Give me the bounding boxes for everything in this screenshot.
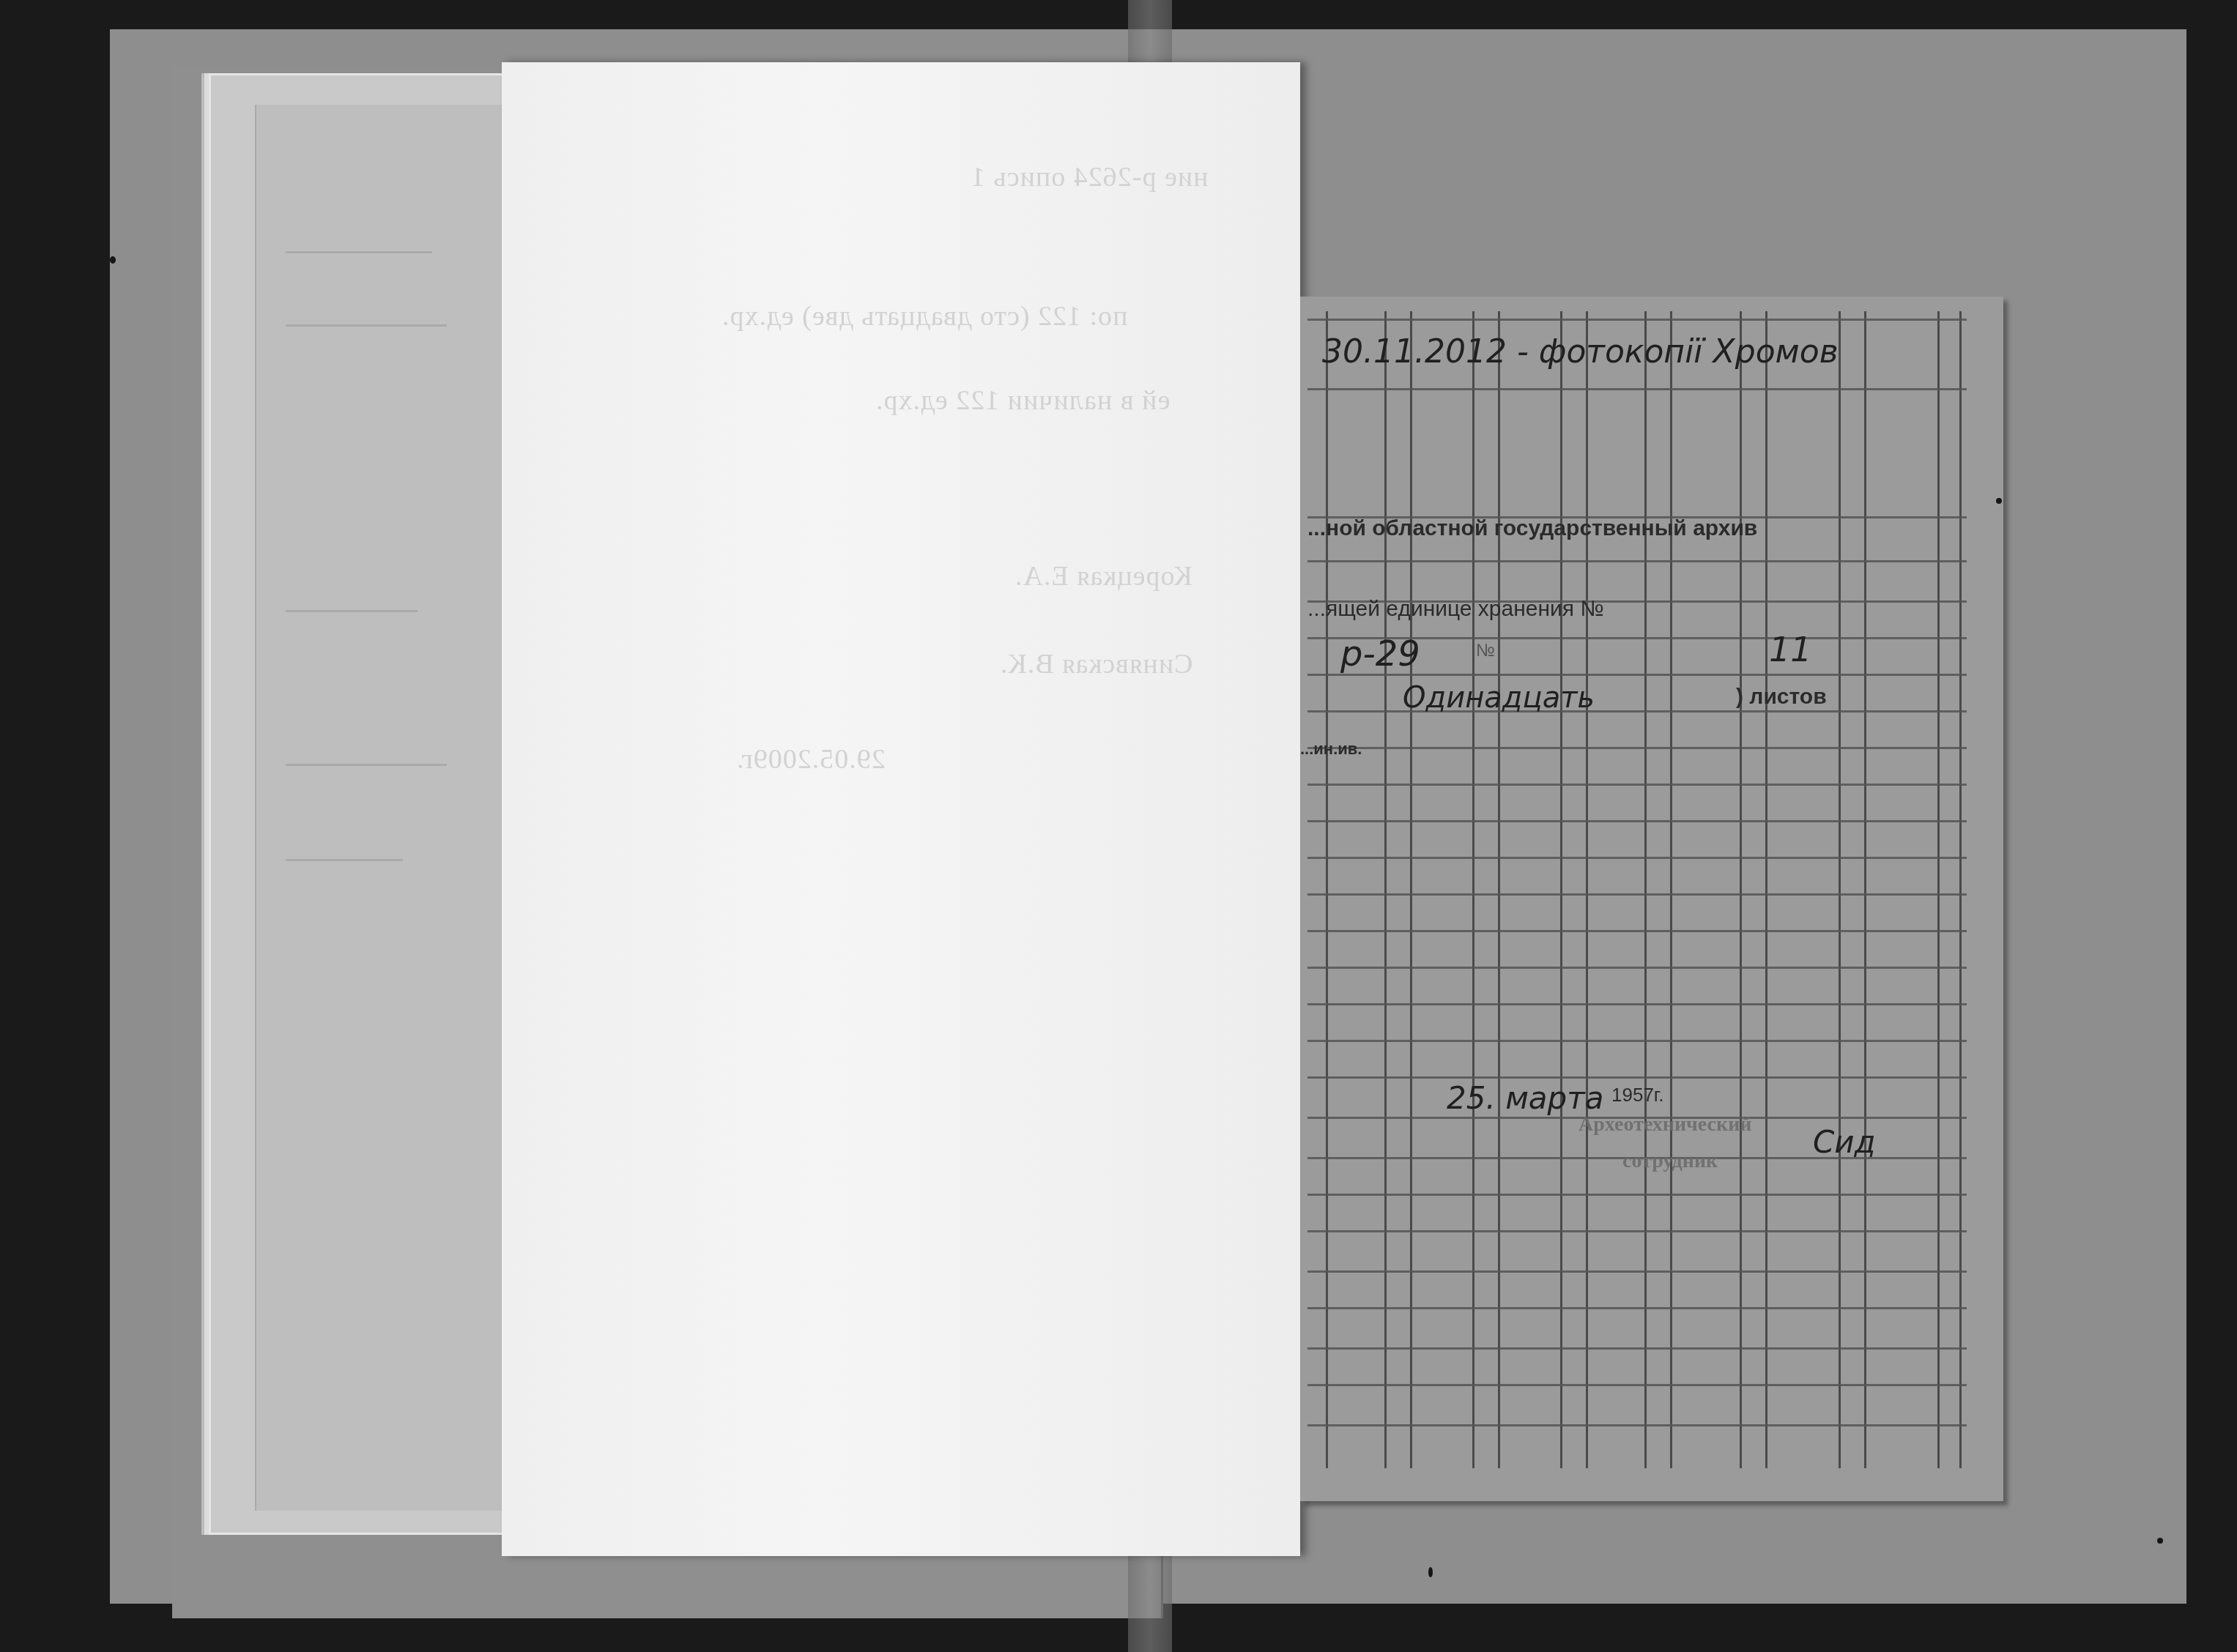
- faint-text-line: [286, 610, 418, 612]
- grid-line: [1472, 311, 1474, 1468]
- dust-speck: [1428, 1567, 1433, 1577]
- dust-speck: [2157, 1538, 2163, 1544]
- faint-text-line: [286, 324, 447, 327]
- faint-text-line: [286, 859, 403, 861]
- grid-line: [1307, 857, 1967, 859]
- grid-line: [1326, 311, 1328, 1468]
- dust-speck: [1996, 498, 2002, 504]
- dust-speck: [110, 256, 116, 264]
- handwritten-copy-note: 30.11.2012 - фотокопії Хромов: [1322, 333, 1839, 371]
- grid-line: [1560, 311, 1562, 1468]
- grid-line: [1670, 311, 1672, 1468]
- grid-line: [1307, 1270, 1967, 1273]
- number-label: №: [1476, 641, 1495, 661]
- grid-line: [1384, 311, 1387, 1468]
- bleed-through-text: 29.05.2009г.: [736, 743, 886, 775]
- grid-line: [1307, 747, 1967, 749]
- grid-line: [1307, 784, 1967, 786]
- printed-archive-name: ...ной областной государственный архив: [1307, 516, 1757, 541]
- grid-line: [1765, 311, 1767, 1468]
- grid-line: [1307, 388, 1967, 390]
- grid-line: [1307, 1307, 1967, 1309]
- partial-label: ...ин.ив.: [1300, 740, 1362, 759]
- faint-text-line: [286, 251, 432, 253]
- bleed-through-text: ние р-2624 опись 1: [971, 161, 1209, 193]
- printed-year: 1957г.: [1611, 1084, 1663, 1106]
- fond-number: р-29: [1340, 633, 1420, 674]
- grid-line: [1307, 930, 1967, 932]
- grid-line: [1410, 311, 1412, 1468]
- grid-line: [1937, 311, 1940, 1468]
- grid-line: [1307, 1230, 1967, 1232]
- bleed-through-text: ей в наличии 122 ед.хр.: [875, 384, 1170, 417]
- bleed-through-text: по: 122 (сто двадцать две) ед.хр.: [721, 300, 1127, 332]
- grid-line: [1307, 1384, 1967, 1386]
- grid-line: [1864, 311, 1866, 1468]
- grid-line: [1307, 1003, 1967, 1005]
- page-stack: [209, 73, 528, 1535]
- faint-text-line: [286, 764, 447, 766]
- grid-line: [1307, 560, 1967, 562]
- grid-line: [1307, 967, 1967, 969]
- grid-line: [1307, 1347, 1967, 1350]
- grid-line: [1839, 311, 1841, 1468]
- handwritten-date: 25. марта: [1447, 1080, 1603, 1116]
- bleed-through-text: Корецкая Е.А.: [1014, 560, 1192, 592]
- grid-line: [1586, 311, 1588, 1468]
- interleaf-white-sheet: ние р-2624 опись 1 по: 122 (сто двадцать…: [502, 62, 1300, 1556]
- grid-line: [1740, 311, 1742, 1468]
- grid-line: [1307, 1076, 1967, 1079]
- sheet-count-words: Одинадцать: [1403, 681, 1595, 715]
- grid-line: [1307, 820, 1967, 822]
- signature: Сид: [1813, 1124, 1876, 1160]
- printed-storage-unit-label: ...ящей единице хранения №: [1307, 597, 1604, 622]
- grid-line: [1959, 311, 1962, 1468]
- top-page: [255, 105, 520, 1511]
- grid-line: [1307, 1040, 1967, 1042]
- grid-line: [1644, 311, 1647, 1468]
- grid-line: [1307, 1424, 1967, 1426]
- grid-line: [1498, 311, 1500, 1468]
- grid-line: [1307, 893, 1967, 896]
- stamp-position-line-2: сотрудник: [1622, 1150, 1718, 1173]
- bleed-through-text: Синявская В.К.: [1000, 648, 1193, 680]
- stamp-position-line-1: Археотехнический: [1578, 1113, 1751, 1136]
- sheets-label: ) листов: [1736, 685, 1827, 710]
- grid-line: [1307, 1194, 1967, 1196]
- grid-line: [1307, 319, 1967, 321]
- sheet-count-digits: 11: [1769, 630, 1812, 669]
- archive-form-card: 30.11.2012 - фотокопії Хромов ...ной обл…: [1300, 297, 2003, 1501]
